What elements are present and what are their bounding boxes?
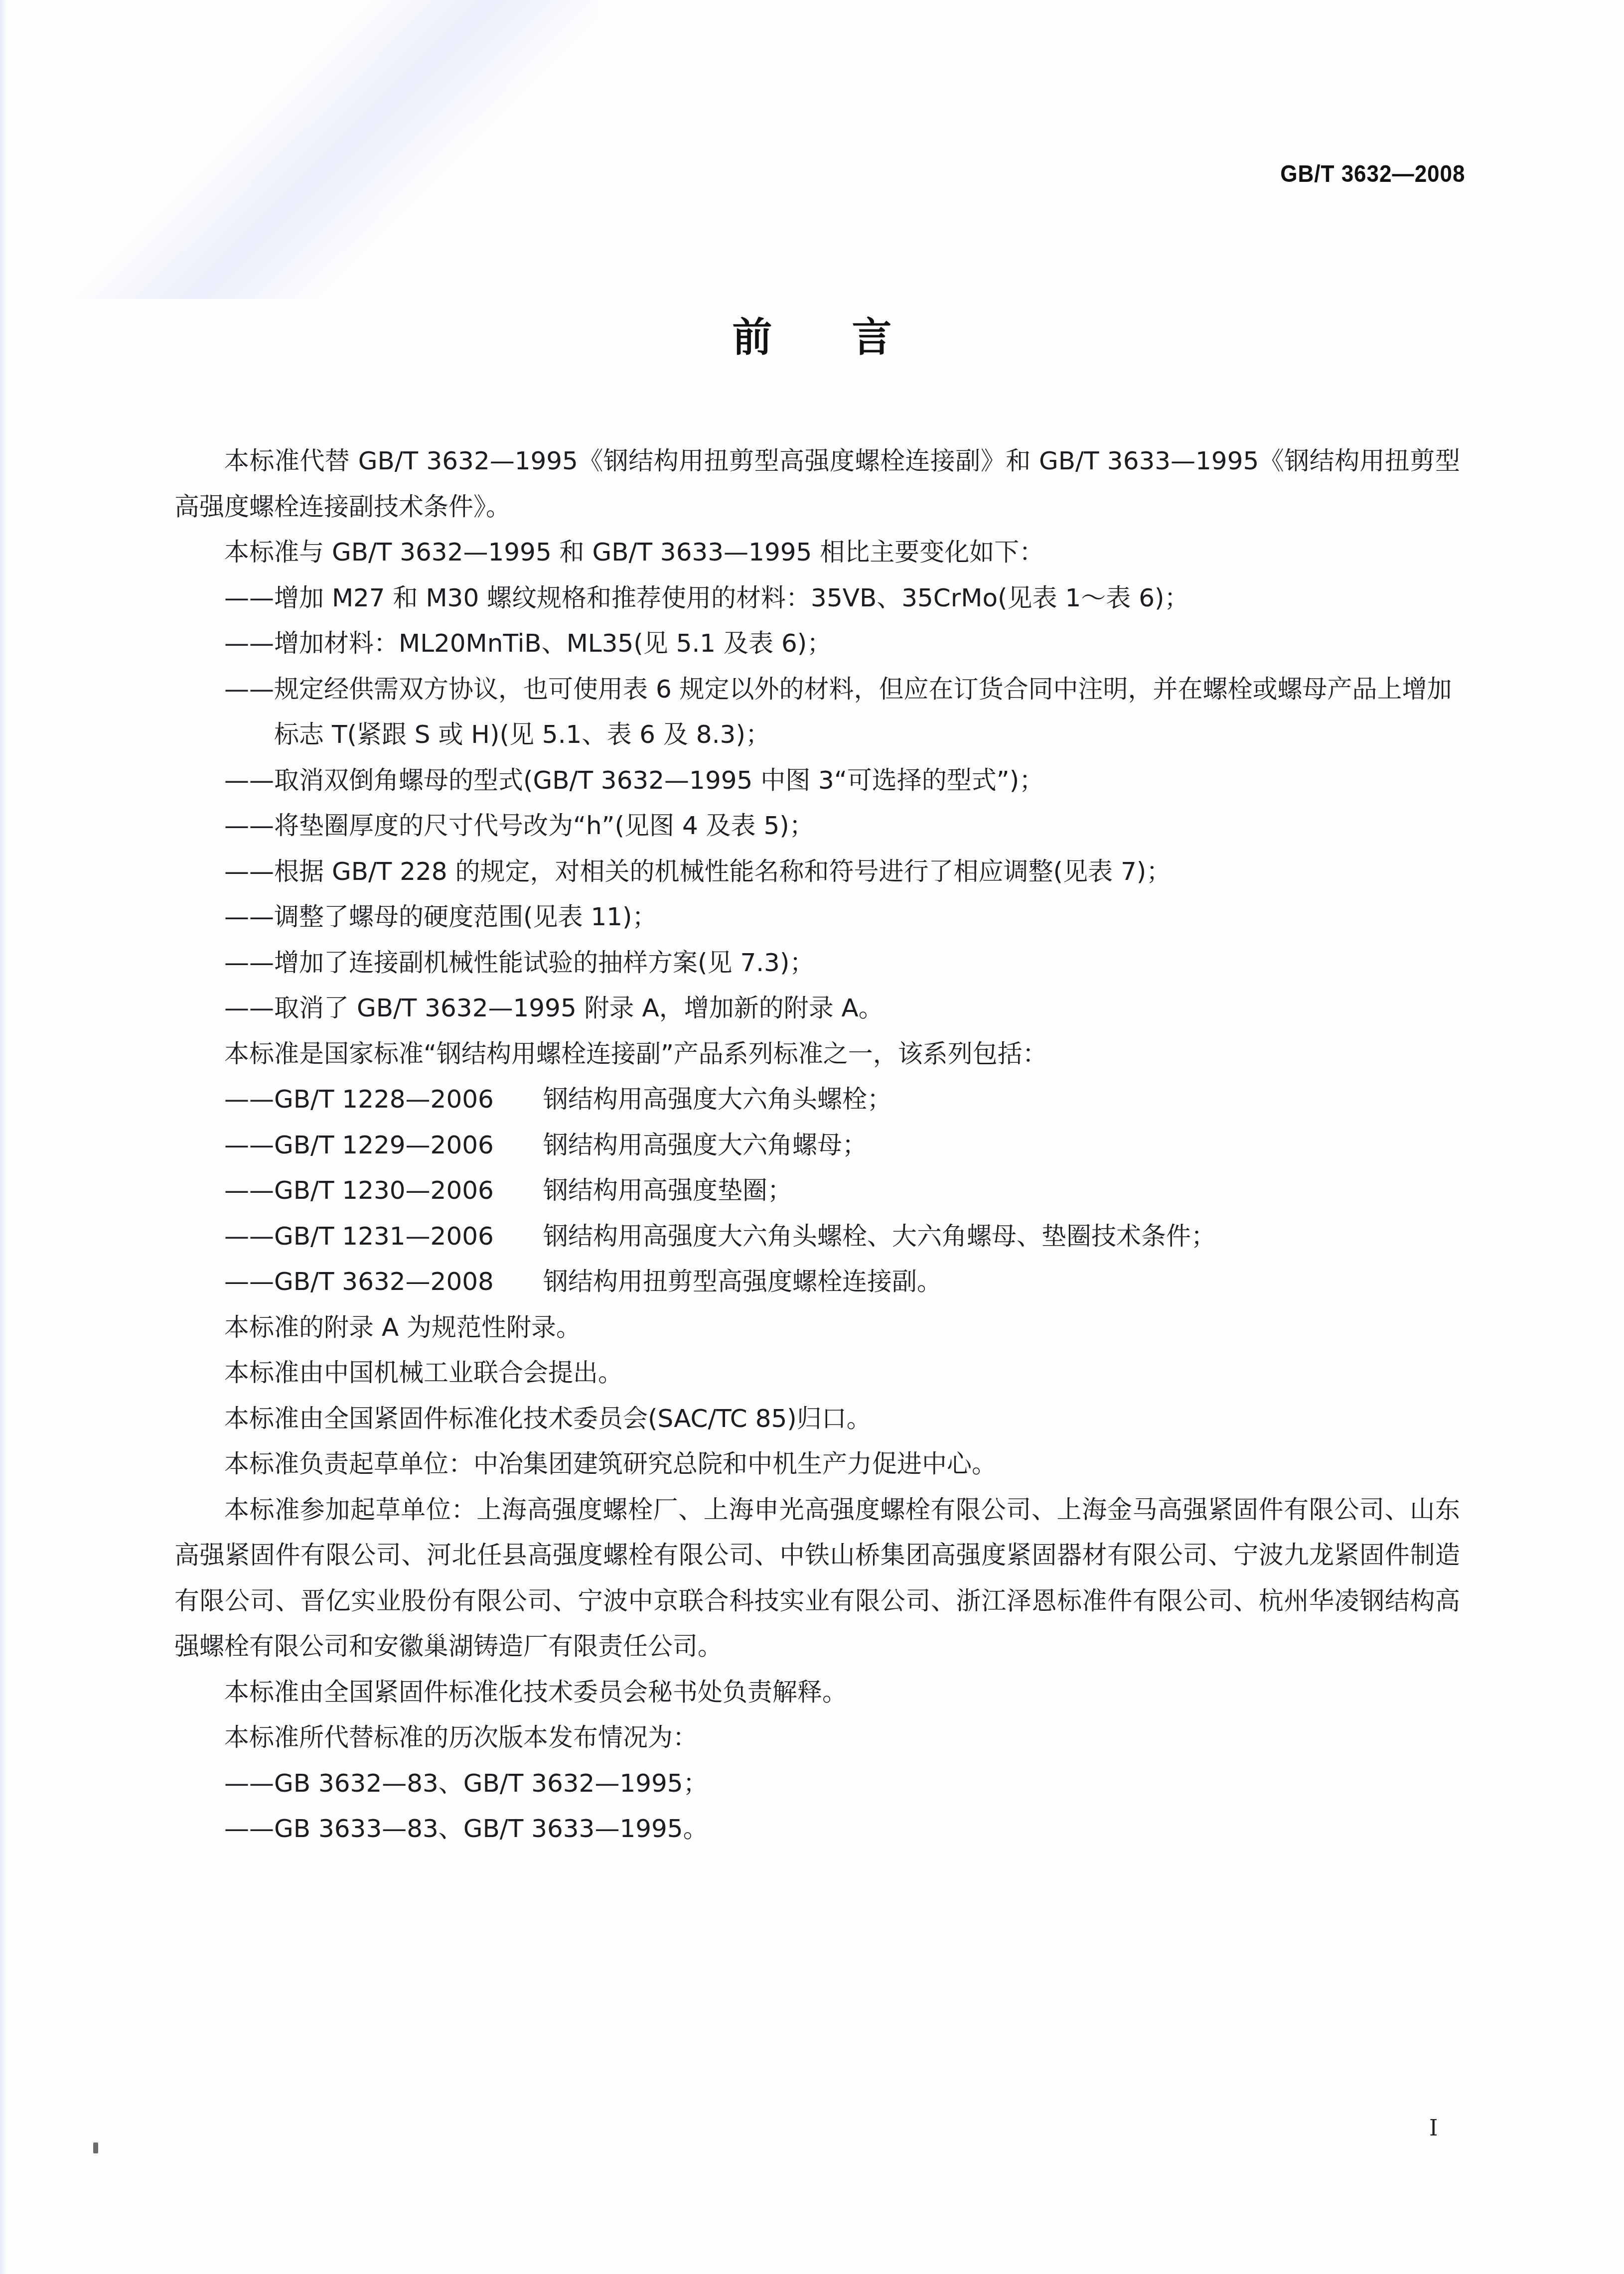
dash-marker: —— — [224, 803, 274, 849]
changes-list: ——增加 M27 和 M30 螺纹规格和推荐使用的材料：35VB、35CrMo(… — [174, 575, 1460, 1031]
series-name: 钢结构用扭剪型高强度螺栓连接副。 — [543, 1267, 942, 1296]
dash-marker: —— — [224, 1761, 274, 1807]
series-item: ——GB/T 1228—2006钢结构用高强度大六角头螺栓； — [174, 1077, 1460, 1123]
dash-marker: —— — [224, 894, 274, 940]
dash-marker: —— — [224, 1259, 274, 1305]
paragraph-participants: 本标准参加起草单位：上海高强度螺栓厂、上海申光高强度螺栓有限公司、上海金马高强紧… — [174, 1487, 1460, 1670]
series-item: ——GB/T 1229—2006钢结构用高强度大六角螺母； — [174, 1123, 1460, 1168]
list-item: ——取消了 GB/T 3632—1995 附录 A，增加新的附录 A。 — [174, 986, 1460, 1031]
page-title: 前言 — [0, 305, 1624, 362]
paragraph-proposed-by: 本标准由中国机械工业联合会提出。 — [174, 1350, 1460, 1396]
paragraph-centralized-by: 本标准由全国紧固件标准化技术委员会(SAC/TC 85)归口。 — [174, 1396, 1460, 1442]
series-item: ——GB/T 3632—2008钢结构用扭剪型高强度螺栓连接副。 — [174, 1259, 1460, 1305]
series-list: ——GB/T 1228—2006钢结构用高强度大六角头螺栓； ——GB/T 12… — [174, 1077, 1460, 1305]
paragraph-series-intro: 本标准是国家标准“钢结构用螺栓连接副”产品系列标准之一，该系列包括： — [174, 1031, 1460, 1077]
dash-marker: —— — [224, 667, 274, 712]
series-code: GB/T 1228—2006 — [274, 1077, 543, 1123]
series-code: GB/T 1231—2006 — [274, 1214, 543, 1260]
dash-marker: —— — [224, 1214, 274, 1260]
series-item: ——GB/T 1231—2006钢结构用高强度大六角头螺栓、大六角螺母、垫圈技术… — [174, 1214, 1460, 1260]
series-name: 钢结构用高强度大六角头螺栓、大六角螺母、垫圈技术条件； — [543, 1222, 1216, 1251]
scan-artifact-mark — [93, 2142, 98, 2153]
list-item: ——根据 GB/T 228 的规定，对相关的机械性能名称和符号进行了相应调整(见… — [174, 849, 1460, 895]
dash-marker: —— — [224, 1168, 274, 1214]
foreword-body: 本标准代替 GB/T 3632—1995《钢结构用扭剪型高强度螺栓连接副》和 G… — [174, 438, 1460, 1852]
dash-marker: —— — [224, 849, 274, 895]
list-item: ——增加材料：ML20MnTiB、ML35(见 5.1 及表 6)； — [174, 621, 1460, 667]
scan-shading — [0, 0, 598, 299]
series-item: ——GB/T 1230—2006钢结构用高强度垫圈； — [174, 1168, 1460, 1214]
list-item: ——取消双倒角螺母的型式(GB/T 3632—1995 中图 3“可选择的型式”… — [174, 758, 1460, 804]
list-item: ——将垫圈厚度的尺寸代号改为“h”(见图 4 及表 5)； — [174, 803, 1460, 849]
list-item: ——增加了连接副机械性能试验的抽样方案(见 7.3)； — [174, 940, 1460, 986]
paragraph-interpreted-by: 本标准由全国紧固件标准化技术委员会秘书处负责解释。 — [174, 1670, 1460, 1715]
paragraph-annex: 本标准的附录 A 为规范性附录。 — [174, 1305, 1460, 1351]
series-name: 钢结构用高强度大六角螺母； — [543, 1131, 867, 1159]
standard-code: GB/T 3632—2008 — [1281, 160, 1466, 188]
paragraph-history-intro: 本标准所代替标准的历次版本发布情况为： — [174, 1715, 1460, 1761]
series-code: GB/T 1230—2006 — [274, 1168, 543, 1214]
list-item: ——规定经供需双方协议，也可使用表 6 规定以外的材料，但应在订货合同中注明，并… — [174, 667, 1460, 758]
series-code: GB/T 3632—2008 — [274, 1259, 543, 1305]
dash-marker: —— — [224, 621, 274, 667]
history-list: ——GB 3632—83、GB/T 3632—1995； ——GB 3633—8… — [174, 1761, 1460, 1852]
dash-marker: —— — [224, 940, 274, 986]
paragraph-replaces: 本标准代替 GB/T 3632—1995《钢结构用扭剪型高强度螺栓连接副》和 G… — [174, 438, 1460, 530]
list-item: ——GB 3633—83、GB/T 3633—1995。 — [174, 1806, 1460, 1852]
list-item: ——增加 M27 和 M30 螺纹规格和推荐使用的材料：35VB、35CrMo(… — [174, 575, 1460, 621]
list-item: ——GB 3632—83、GB/T 3632—1995； — [174, 1761, 1460, 1807]
dash-marker: —— — [224, 1077, 274, 1123]
dash-marker: —— — [224, 758, 274, 804]
dash-marker: —— — [224, 1123, 274, 1168]
dash-marker: —— — [224, 575, 274, 621]
series-name: 钢结构用高强度垫圈； — [543, 1176, 792, 1205]
page-number: I — [1429, 2116, 1438, 2141]
paragraph-drafted-by: 本标准负责起草单位：中冶集团建筑研究总院和中机生产力促进中心。 — [174, 1441, 1460, 1487]
list-item: ——调整了螺母的硬度范围(见表 11)； — [174, 894, 1460, 940]
paragraph-changes-intro: 本标准与 GB/T 3632—1995 和 GB/T 3633—1995 相比主… — [174, 530, 1460, 575]
document-page: GB/T 3632—2008 前言 本标准代替 GB/T 3632—1995《钢… — [0, 0, 1624, 2274]
dash-marker: —— — [224, 986, 274, 1031]
dash-marker: —— — [224, 1806, 274, 1852]
series-name: 钢结构用高强度大六角头螺栓； — [543, 1085, 892, 1114]
series-code: GB/T 1229—2006 — [274, 1123, 543, 1168]
